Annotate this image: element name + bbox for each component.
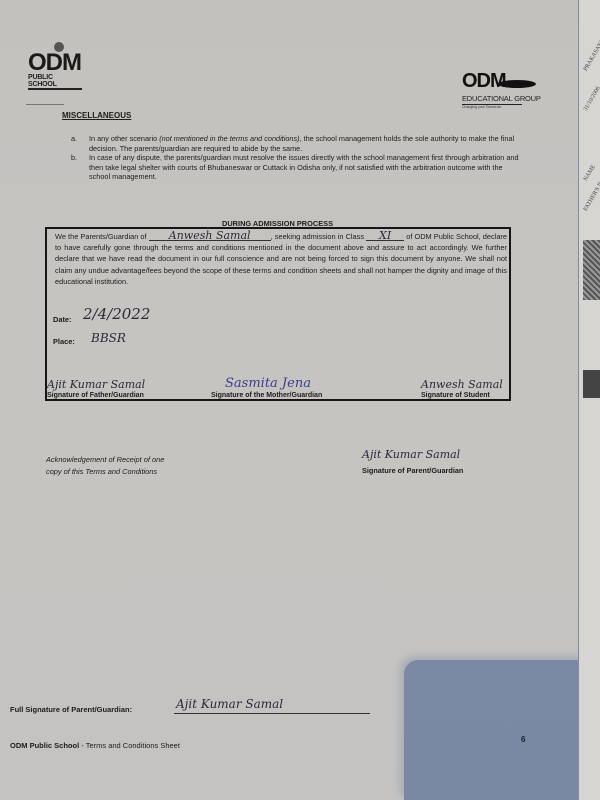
father-signature-label: Signature of Father/Guardian: [47, 392, 144, 399]
list-item: a. In any other scenario (not mentioned …: [71, 134, 521, 153]
student-signature-label: Signature of Student: [421, 392, 490, 399]
list-item-label: a.: [71, 134, 77, 144]
student-name-field[interactable]: Anwesh Samal: [149, 231, 271, 241]
divider: [26, 104, 64, 105]
photo-fragment: [583, 240, 600, 300]
logo-tagline: Changing your Tomorrow: [462, 104, 522, 109]
student-signature[interactable]: Anwesh Samal Signature of Student: [421, 392, 490, 399]
logo-figure-icon: [54, 42, 64, 52]
full-signature-handwritten[interactable]: Ajit Kumar Samal: [176, 697, 283, 711]
section-title: MISCELLANEOUS: [62, 111, 131, 120]
mother-signature-label: Signature of the Mother/Guardian: [211, 392, 322, 399]
logo-mark: ODM: [28, 52, 82, 74]
acknowledgement-line: Acknowledgement of Receipt of one: [46, 454, 164, 466]
side-fragment: 31/10/2006: [583, 94, 597, 113]
list-item: b. In case of any dispute, the parents/g…: [71, 153, 521, 182]
place-label: Place:: [53, 337, 75, 346]
side-fragment: FATHER'S N: [583, 194, 597, 213]
acknowledgement-line: copy of this Terms and Conditions: [46, 466, 164, 478]
full-signature: Full Signature of Parent/Guardian: Ajit …: [10, 705, 132, 714]
class-field[interactable]: XI: [366, 231, 404, 241]
father-signature[interactable]: Ajit Kumar Samal Signature of Father/Gua…: [47, 392, 144, 399]
declaration-text: We the Parents/Guardian of Anwesh Samal,…: [55, 231, 507, 287]
student-signature-handwritten: Anwesh Samal: [421, 378, 503, 391]
logo-subtitle: PUBLIC SCHOOL: [28, 74, 82, 90]
odm-public-school-logo: ODM PUBLIC SCHOOL: [28, 52, 82, 90]
date-value[interactable]: 2/4/2022: [83, 305, 150, 323]
place-value[interactable]: BBSR: [91, 331, 126, 345]
date-label: Date:: [53, 315, 71, 324]
page-number: 6: [521, 735, 525, 744]
acknowledgement-signature-label: Signature of Parent/Guardian: [362, 466, 463, 475]
list-item-label: b.: [71, 153, 77, 163]
acknowledgement-signature-handwritten: Ajit Kumar Samal: [362, 448, 460, 461]
acknowledgement-text: Acknowledgement of Receipt of one copy o…: [46, 454, 164, 478]
mother-signature-handwritten: Sasmita Jena: [225, 376, 311, 391]
list-item-text: In case of any dispute, the parents/guar…: [89, 153, 519, 181]
logo-subtitle: EDUCATIONAL GROUP: [462, 94, 548, 103]
declaration-text-part: , seeking admission in Class: [271, 232, 366, 241]
footer-school-name: ODM Public School: [10, 741, 79, 750]
block-fragment: [583, 370, 600, 398]
miscellaneous-list: a. In any other scenario (not mentioned …: [71, 134, 521, 182]
signature-line: [174, 713, 370, 714]
list-item-text: In any other scenario: [89, 134, 159, 143]
side-fragment: NAME: [583, 164, 597, 183]
page-footer: ODM Public School - Terms and Conditions…: [10, 741, 180, 750]
logo-swoosh-icon: [498, 80, 536, 88]
side-fragment: PRAKASAYA: [583, 54, 597, 73]
acknowledgement-signature[interactable]: Ajit Kumar Samal Signature of Parent/Gua…: [362, 466, 463, 475]
document-page: ODM PUBLIC SCHOOL ODM EDUCATIONAL GROUP …: [0, 0, 585, 800]
odm-educational-group-logo: ODM EDUCATIONAL GROUP Changing your Tomo…: [462, 72, 548, 109]
footer-text: - Terms and Conditions Sheet: [79, 741, 180, 750]
full-signature-label: Full Signature of Parent/Guardian:: [10, 705, 132, 714]
list-item-italic: (not mentioned in the terms and conditio…: [159, 134, 299, 143]
declaration-box: We the Parents/Guardian of Anwesh Samal,…: [45, 227, 511, 401]
father-signature-handwritten: Ajit Kumar Samal: [47, 378, 145, 391]
adjacent-document-edge: PRAKASAYA 31/10/2006 NAME FATHER'S N: [578, 0, 600, 800]
signature-row: Ajit Kumar Samal Signature of Father/Gua…: [47, 373, 509, 401]
mother-signature[interactable]: Sasmita Jena Signature of the Mother/Gua…: [211, 392, 322, 399]
declaration-text-part: We the Parents/Guardian of: [55, 232, 149, 241]
blue-shadow-overlay: [404, 660, 600, 800]
